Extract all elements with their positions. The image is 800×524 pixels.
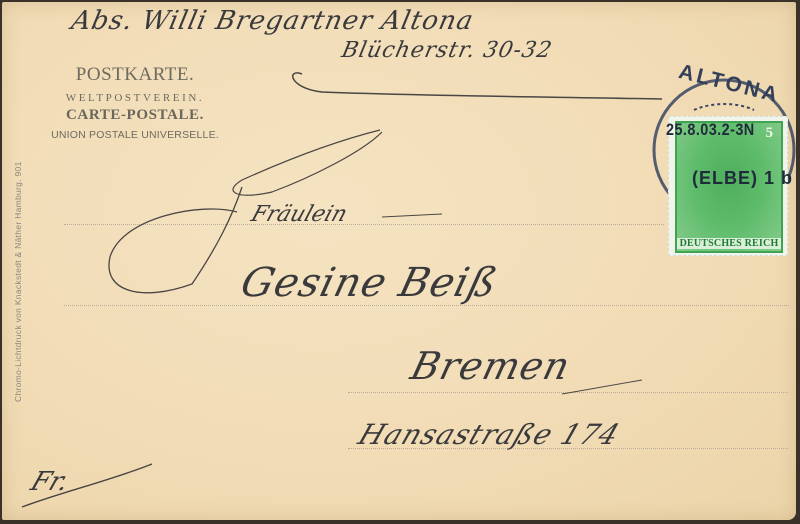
sender-name: Abs. Willi Bregartner Altona — [69, 6, 477, 36]
postmark-date: 25.8.03.2-3N — [666, 120, 755, 140]
postcard-back: POSTKARTE. WELTPOSTVEREIN. CARTE-POSTALE… — [2, 2, 796, 520]
postmark-district: (ELBE) 1 b — [692, 168, 793, 189]
recipient-salutation: Fräulein — [248, 202, 350, 227]
recipient-name: Gesine Beiß — [236, 260, 502, 306]
recipient-street: Hansastraße 174 — [354, 418, 625, 451]
recipient-city: Bremen — [407, 344, 576, 388]
stamp-value: 5 — [766, 125, 774, 142]
sender-street: Blücherstr. 30-32 — [339, 38, 554, 63]
stamp-country: DEUTSCHES REICH — [677, 238, 781, 249]
